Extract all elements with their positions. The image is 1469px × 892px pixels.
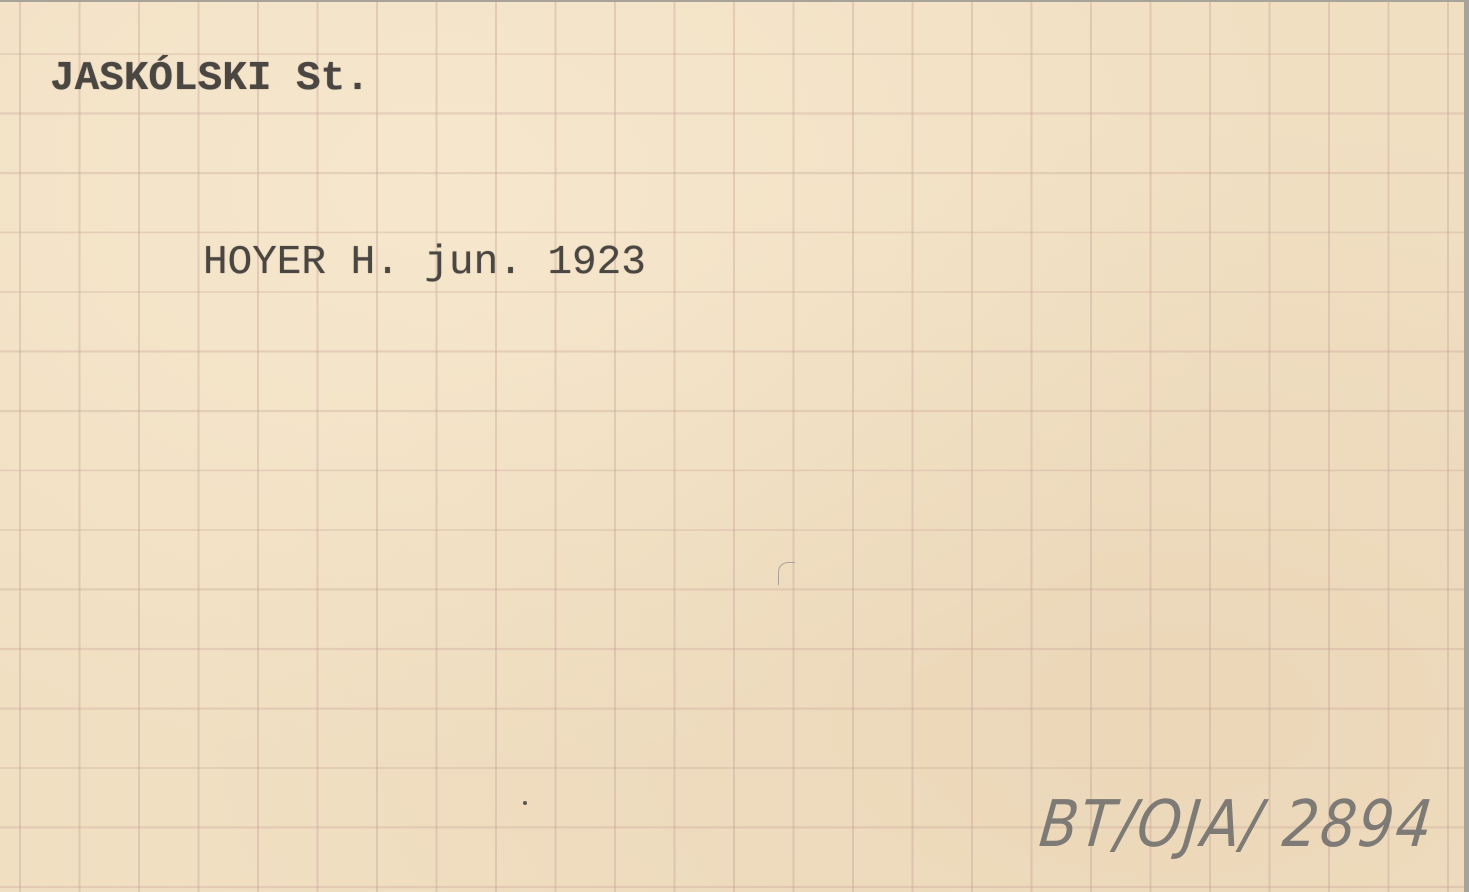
index-card: JASKÓLSKI St. HOYER H. jun. 1923 BT/OJA/… (0, 2, 1464, 892)
catalog-number: BT/OJA/ 2894 (1036, 787, 1437, 862)
paper-fiber (778, 562, 795, 585)
card-reference: HOYER H. jun. 1923 (203, 240, 646, 286)
card-heading: JASKÓLSKI St. (50, 56, 370, 102)
ink-speck (523, 801, 527, 805)
scan-edge-right (1464, 0, 1469, 892)
